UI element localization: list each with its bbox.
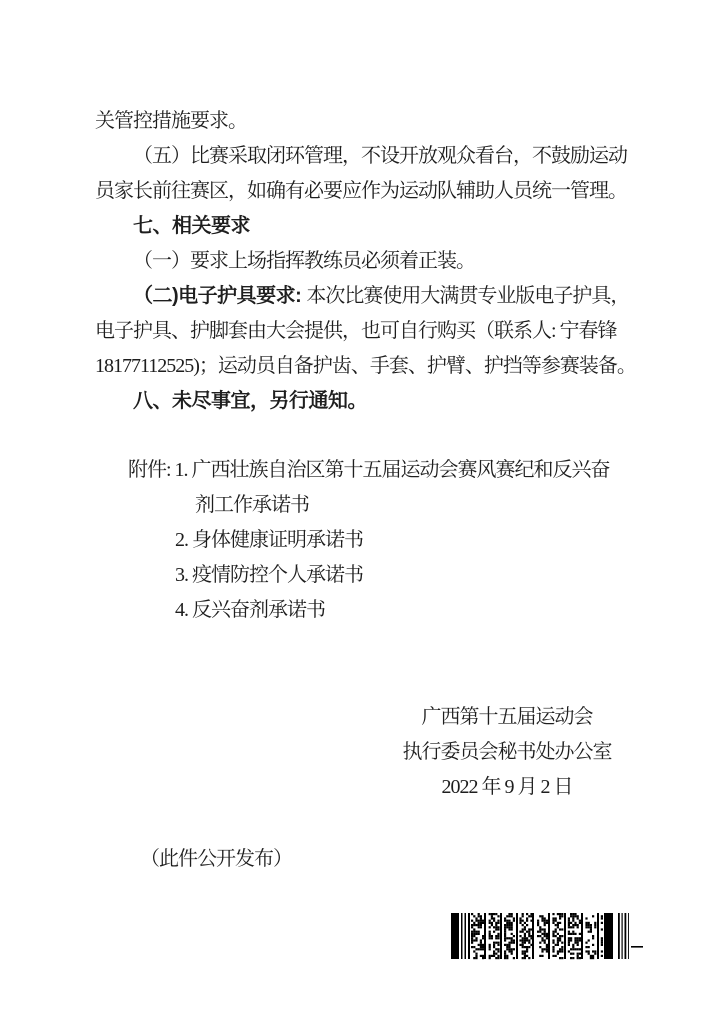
bold-lead: （二)电子护具要求:	[133, 285, 306, 307]
body-line-text: 本次比赛使用大满贯专业版电子护具，	[306, 285, 629, 307]
body-line: 电子护具、护脚套由大会提供，也可自行购买（联系人: 宁春锋	[95, 314, 627, 349]
section-heading: 八、未尽事宜，另行通知。	[95, 384, 627, 419]
signature-block: 广西第十五届运动会 执行委员会秘书处办公室 2022 年 9 月 2 日	[401, 700, 613, 805]
section-heading: 七、相关要求	[95, 209, 627, 244]
document-barcode	[451, 913, 646, 961]
body-line: （二)电子护具要求: 本次比赛使用大满贯专业版电子护具，	[95, 279, 627, 314]
attachment-line: 附件: 1. 广西壮族自治区第十五届运动会赛风赛纪和反兴奋	[95, 453, 627, 488]
attachment-line: 剂工作承诺书	[95, 488, 627, 523]
barcode-icon	[451, 913, 646, 961]
attachment-line: 2. 身体健康证明承诺书	[95, 523, 627, 558]
body-line: 关管控措施要求。	[95, 104, 627, 139]
attachments-block: 附件: 1. 广西壮族自治区第十五届运动会赛风赛纪和反兴奋 剂工作承诺书 2. …	[95, 453, 627, 628]
attachment-line: 3. 疫情防控个人承诺书	[95, 558, 627, 593]
document-text-block: 关管控措施要求。 （五）比赛采取闭环管理，不设开放观众看台，不鼓励运动 员家长前…	[95, 104, 627, 877]
body-line: 18177112525)；运动员自备护齿、手套、护臂、护挡等参赛装备。	[95, 349, 627, 384]
body-line: （五）比赛采取闭环管理，不设开放观众看台，不鼓励运动	[95, 139, 627, 174]
publish-note: （此件公开发布）	[95, 842, 627, 877]
signature-date: 2022 年 9 月 2 日	[401, 770, 613, 805]
signature-org-line-1: 广西第十五届运动会	[401, 700, 613, 735]
attachment-line: 4. 反兴奋剂承诺书	[95, 593, 627, 628]
document-page: 关管控措施要求。 （五）比赛采取闭环管理，不设开放观众看台，不鼓励运动 员家长前…	[0, 0, 715, 1011]
body-line: 员家长前往赛区，如确有必要应作为运动队辅助人员统一管理。	[95, 174, 627, 209]
body-line: （一）要求上场指挥教练员必须着正装。	[95, 244, 627, 279]
signature-org-line-2: 执行委员会秘书处办公室	[401, 735, 613, 770]
